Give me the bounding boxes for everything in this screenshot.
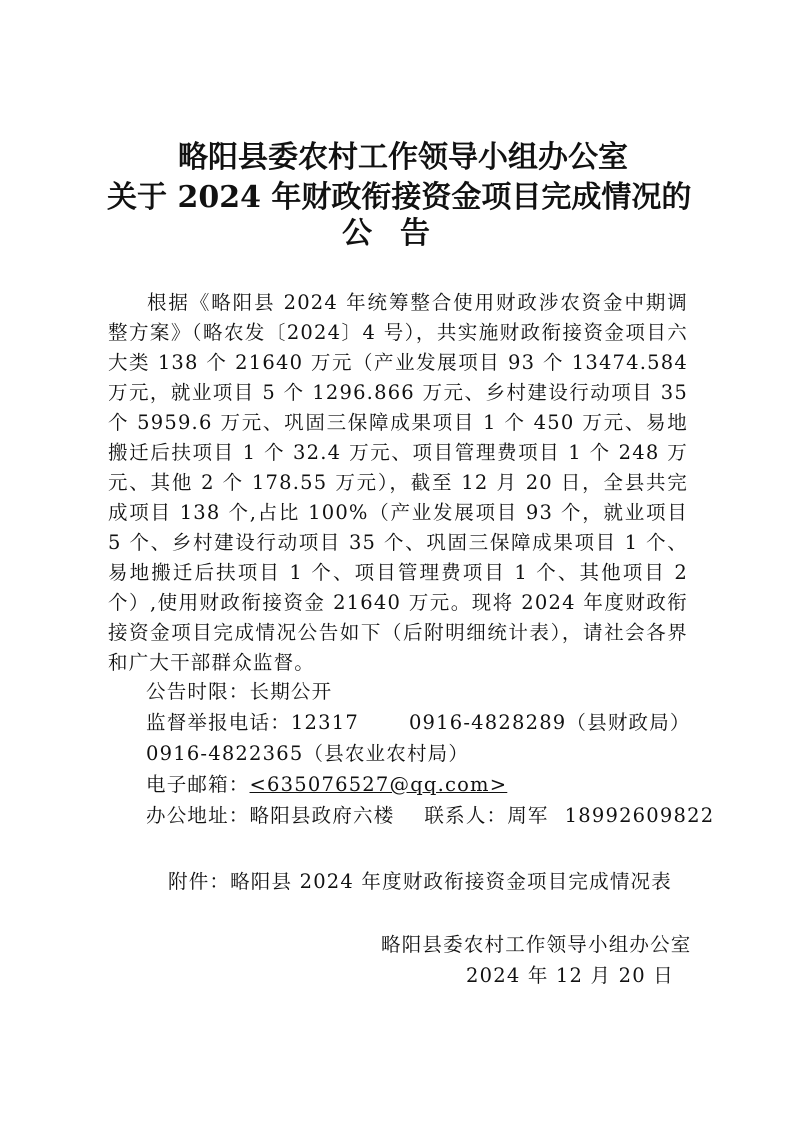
contact-name: 周军 <box>507 804 548 827</box>
title-line-2: 关于 2024 年财政衔接资金项目完成情况的 <box>107 180 691 216</box>
address-line: 办公地址：略阳县政府六楼联系人：周军18992609822 <box>146 800 714 828</box>
hotline-1: 12317 <box>291 711 359 734</box>
email-label: 电子邮箱： <box>146 773 250 796</box>
address-value: 略阳县政府六楼 <box>250 804 395 827</box>
hotline-line-2: 0916-4822365（县农业农村局） <box>146 738 469 766</box>
title-line-3: 公告 <box>342 216 458 252</box>
main-paragraph: 根据《略阳县 2024 年统筹整合使用财政涉农资金中期调整方案》（略农发〔202… <box>108 288 688 678</box>
title-line-1: 略阳县委农村工作领导小组办公室 <box>178 140 628 176</box>
address-label: 办公地址： <box>146 804 250 827</box>
contact-phone: 18992609822 <box>565 804 715 827</box>
email-line: 电子邮箱：<635076527@qq.com> <box>146 769 507 797</box>
hotline-line: 监督举报电话：123170916-4828289（县财政局） <box>146 707 691 735</box>
period-value: 长期公开 <box>250 680 333 703</box>
period-line: 公告时限：长期公开 <box>146 676 332 704</box>
period-label: 公告时限： <box>146 680 250 703</box>
hotline-label: 监督举报电话： <box>146 711 291 734</box>
attachment-line: 附件：略阳县 2024 年度财政衔接资金项目完成情况表 <box>168 866 672 894</box>
email-link[interactable]: <635076527@qq.com> <box>250 773 508 796</box>
signature-org: 略阳县委农村工作领导小组办公室 <box>381 929 692 957</box>
contact-label: 联系人： <box>424 804 507 827</box>
hotline-2: 0916-4828289（县财政局） <box>409 711 691 734</box>
signature-date: 2024 年 12 月 20 日 <box>466 960 674 988</box>
hotline-3: 0916-4822365（县农业农村局） <box>146 742 469 765</box>
